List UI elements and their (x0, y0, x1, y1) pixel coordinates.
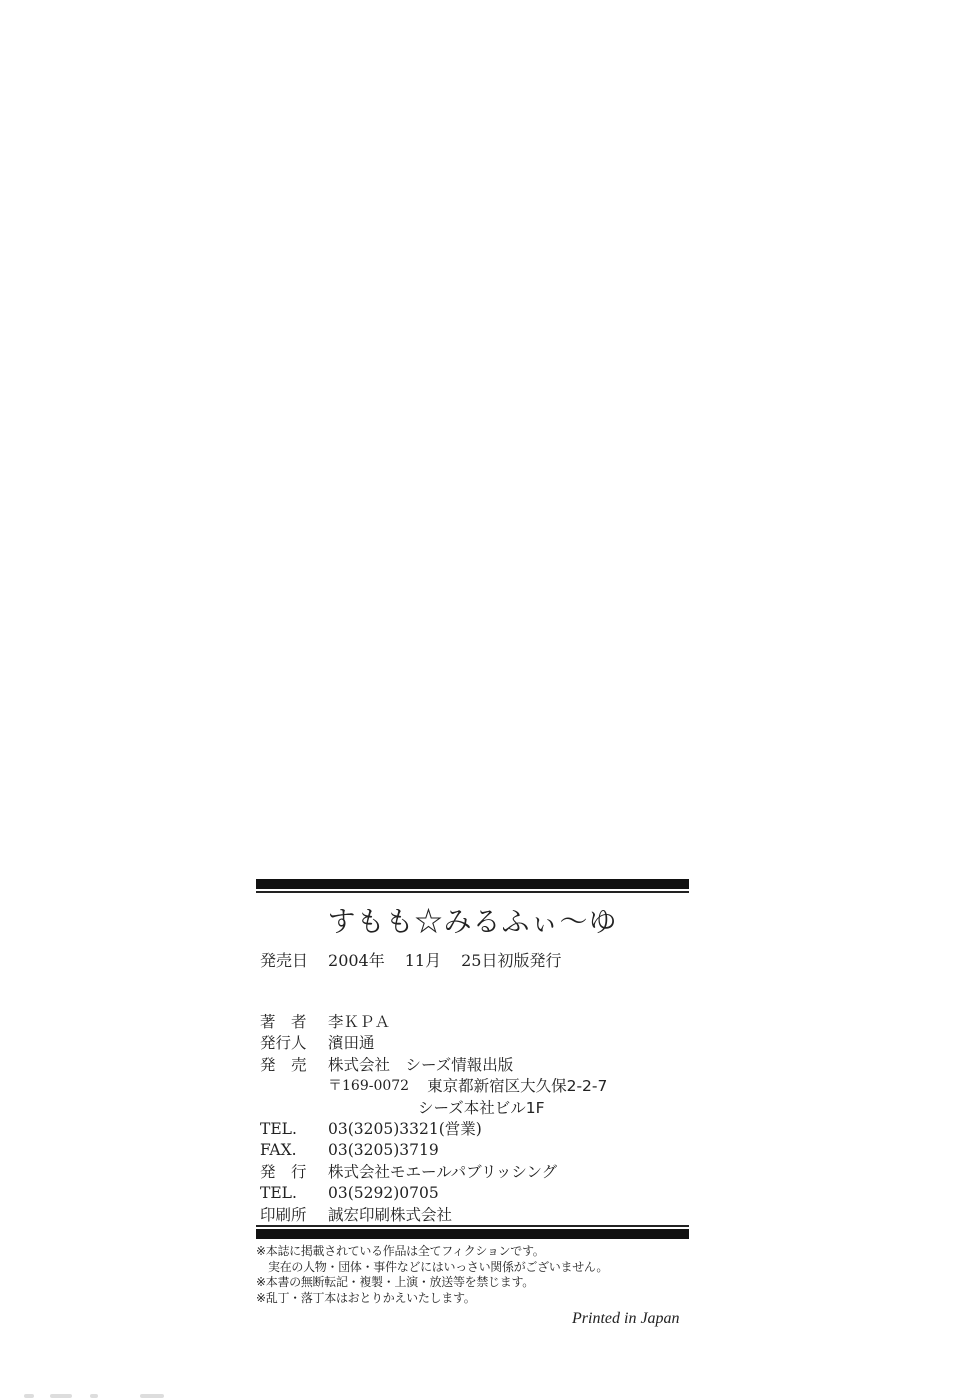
publisher-value: 株式会社モエールパブリッシング (328, 1162, 557, 1183)
fax-value: 03(3205)3719 (328, 1140, 439, 1161)
tel-value: 03(3205)3321(営業) (328, 1119, 482, 1140)
address-row: 〒169-0072 東京都新宿区大久保2-2-7 (260, 1076, 607, 1097)
fiction-note: ※本誌に掲載されている作品は全てフィクションです。 (256, 1244, 608, 1260)
printer-value: 誠宏印刷株式会社 (328, 1205, 452, 1226)
publisher-row: 発 行 株式会社モエールパブリッシング (260, 1162, 607, 1183)
distributor-label: 発 売 (260, 1055, 328, 1076)
defect-exchange-note: ※乱丁・落丁本はおとりかえいたします。 (256, 1291, 608, 1307)
author-label: 著 者 (260, 1012, 328, 1033)
publisher-person-label: 発行人 (260, 1033, 328, 1054)
legal-notes: ※本誌に掲載されている作品は全てフィクションです。 実在の人物・団体・事件などに… (256, 1244, 608, 1306)
publisher-label: 発 行 (260, 1162, 328, 1183)
printed-in-japan: Printed in Japan (572, 1310, 680, 1328)
publisher-person-row: 発行人 濱田通 (260, 1033, 607, 1054)
author-row: 著 者 李ＫＰＡ (260, 1012, 607, 1033)
release-month: 11月 (405, 951, 441, 970)
author-value: 李ＫＰＡ (328, 1012, 390, 1033)
thin-rule (256, 1225, 689, 1227)
release-year: 2004年 (328, 951, 385, 970)
printer-row: 印刷所 誠宏印刷株式会社 (260, 1205, 607, 1226)
release-label: 発売日 (260, 951, 308, 970)
distributor-row: 発 売 株式会社 シーズ情報出版 (260, 1055, 607, 1076)
release-day-edition: 25日初版発行 (461, 951, 561, 970)
scan-edge-marks (20, 1390, 180, 1400)
publisher-tel-label: TEL. (260, 1183, 328, 1204)
building-row: シーズ本社ビル1F (260, 1098, 607, 1119)
thick-rule (256, 1229, 689, 1239)
fiction-note-continued: 実在の人物・団体・事件などにはいっさい関係がございません。 (256, 1260, 608, 1276)
thick-rule (256, 879, 689, 889)
thin-rule (256, 891, 689, 893)
address-value: 東京都新宿区大久保2-2-7 (427, 1076, 607, 1097)
distributor-tel-row: TEL. 03(3205)3321(営業) (260, 1119, 607, 1140)
postal-code: 〒169-0072 (328, 1076, 409, 1097)
tel-label: TEL. (260, 1119, 328, 1140)
book-title: すもも☆みるふぃ〜ゆ (256, 900, 689, 940)
release-date: 発売日2004年11月25日初版発行 (260, 948, 562, 971)
publisher-person-value: 濱田通 (328, 1033, 375, 1054)
copyright-note: ※本書の無断転記・複製・上演・放送等を禁じます。 (256, 1275, 608, 1291)
publisher-tel-value: 03(5292)0705 (328, 1183, 439, 1204)
top-rule (256, 879, 689, 893)
bottom-rule (256, 1225, 689, 1239)
building-value: シーズ本社ビル1F (418, 1098, 545, 1119)
distributor-value: 株式会社 シーズ情報出版 (328, 1055, 513, 1076)
fax-label: FAX. (260, 1140, 328, 1161)
printer-label: 印刷所 (260, 1205, 328, 1226)
distributor-fax-row: FAX. 03(3205)3719 (260, 1140, 607, 1161)
colophon-details: 著 者 李ＫＰＡ 発行人 濱田通 発 売 株式会社 シーズ情報出版 〒169-0… (260, 1012, 607, 1226)
publisher-tel-row: TEL. 03(5292)0705 (260, 1183, 607, 1204)
